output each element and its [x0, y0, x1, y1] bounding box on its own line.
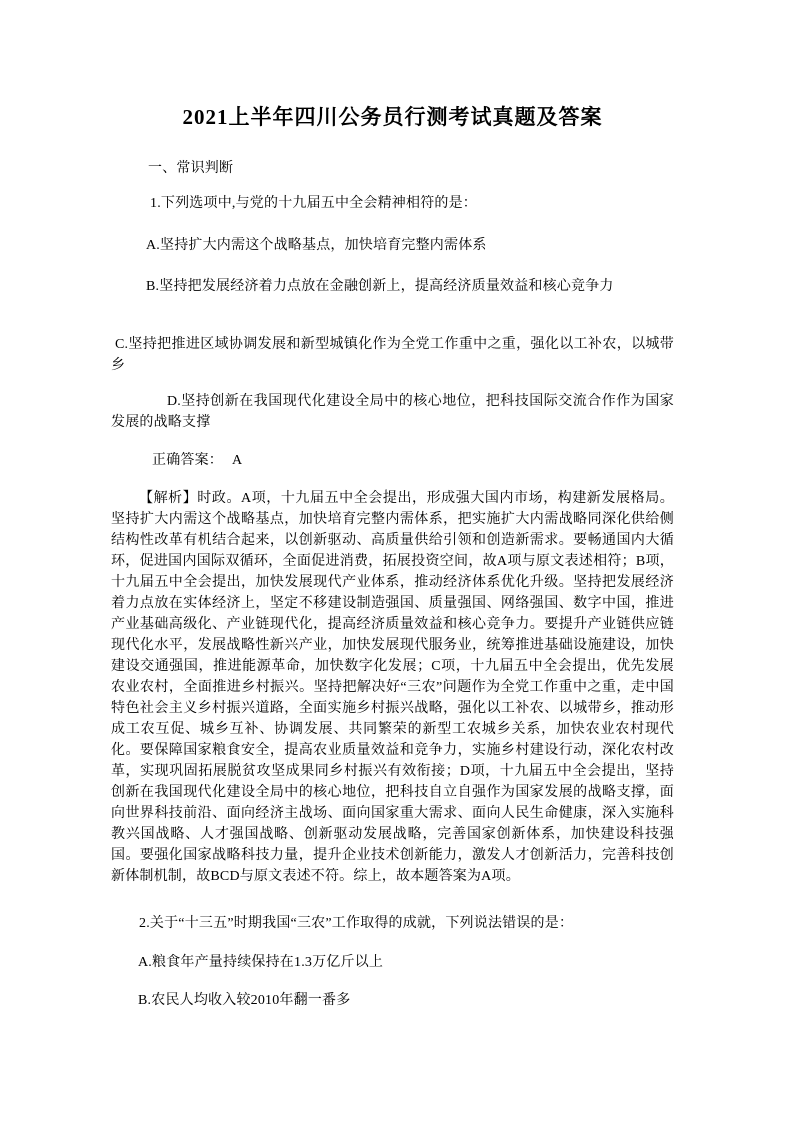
question-2-option-a: A.粮食年产量持续保持在1.3万亿斤以上: [111, 952, 674, 973]
section-heading: 一、常识判断: [111, 158, 674, 179]
answer-value: A: [232, 453, 242, 468]
answer-label: 正确答案：: [152, 453, 223, 468]
question-1-option-c: C.坚持把推进区域协调发展和新型城镇化作为全党工作重中之重，强化以工补农，以城带…: [111, 334, 674, 376]
question-1-option-d: D.坚持创新在我国现代化建设全局中的核心地位，把科技国际交流合作作为国家发展的战…: [111, 391, 674, 433]
question-1-analysis: 【解析】时政。A项，十九届五中全会提出，形成强大国内市场，构建新发展格局。坚持扩…: [111, 488, 674, 887]
question-1-option-b: B.坚持把发展经济着力点放在金融创新上，提高经济质量效益和核心竞争力: [111, 276, 674, 297]
question-2-option-b: B.农民人均收入较2010年翻一番多: [111, 990, 674, 1011]
question-1-answer-line: 正确答案：A: [111, 450, 674, 471]
document-title: 2021上半年四川公务员行测考试真题及答案: [111, 104, 674, 131]
question-1-option-a: A.坚持扩大内需这个战略基点，加快培育完整内需体系: [111, 235, 674, 256]
document-page: 2021上半年四川公务员行测考试真题及答案 一、常识判断 1.下列选项中,与党的…: [0, 0, 794, 1123]
question-2-stem: 2.关于“十三五”时期我国“三农”工作取得的成就，下列说法错误的是：: [111, 913, 674, 934]
question-1-stem: 1.下列选项中,与党的十九届五中全会精神相符的是：: [111, 193, 674, 214]
